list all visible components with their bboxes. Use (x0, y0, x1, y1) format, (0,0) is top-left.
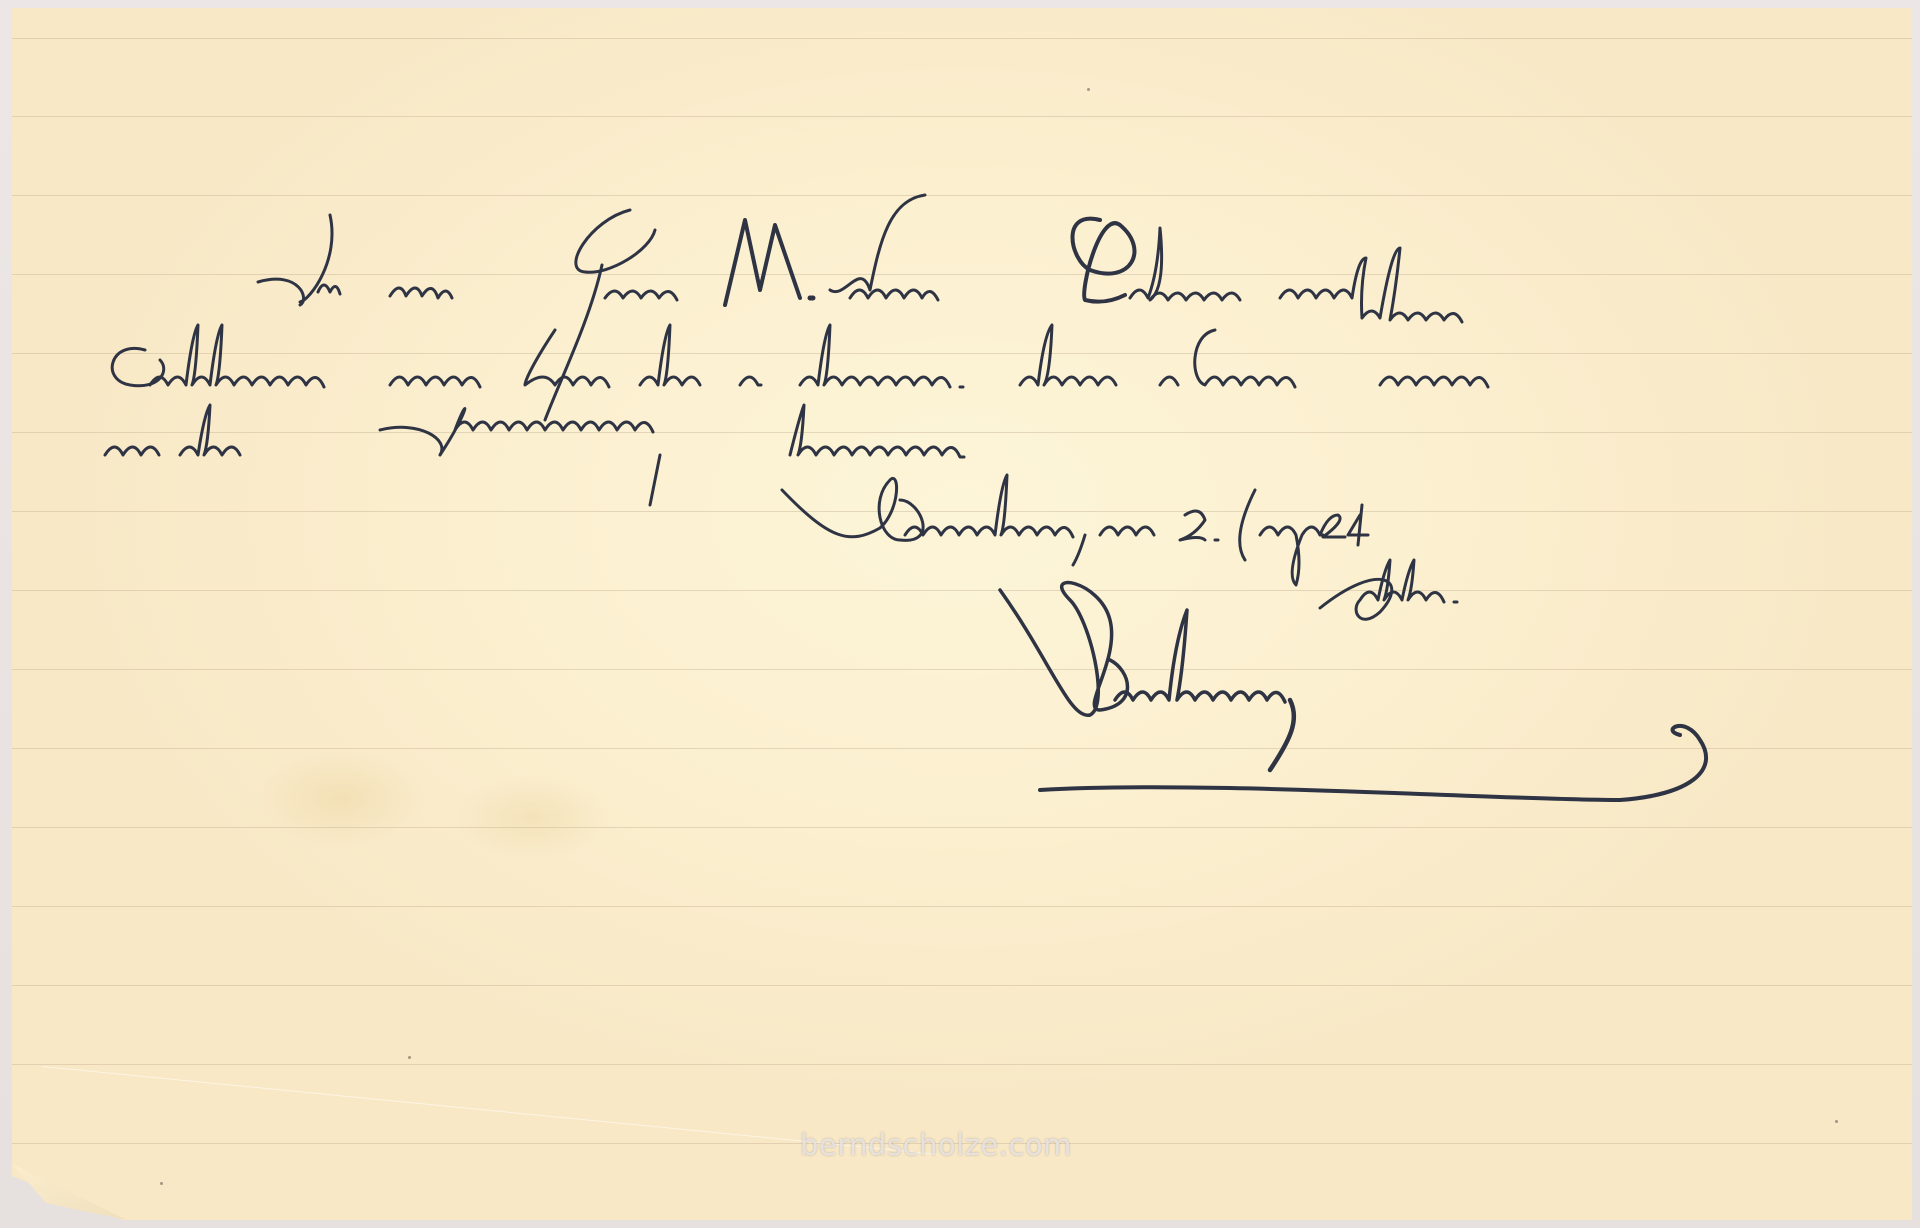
rule-line (12, 511, 1912, 512)
paper-speck (408, 1056, 411, 1059)
watermark: berndscholze.com (800, 1128, 1072, 1162)
rule-line (12, 274, 1912, 275)
scan-background: berndscholze.com Die von Herrn W. Simon … (0, 0, 1920, 1228)
rule-line (12, 116, 1912, 117)
rule-line (12, 827, 1912, 828)
rule-line (12, 906, 1912, 907)
rule-line (12, 590, 1912, 591)
rule-line (12, 748, 1912, 749)
paper-speck (1835, 1120, 1838, 1123)
rule-line (12, 669, 1912, 670)
rule-line (12, 38, 1912, 39)
rule-line (12, 1064, 1912, 1065)
rule-line (12, 353, 1912, 354)
rule-line (12, 195, 1912, 196)
paper-speck (1087, 88, 1090, 91)
paper-speck (160, 1182, 163, 1185)
rule-line (12, 985, 1912, 986)
rule-line (12, 432, 1912, 433)
letter-paper (12, 8, 1912, 1220)
